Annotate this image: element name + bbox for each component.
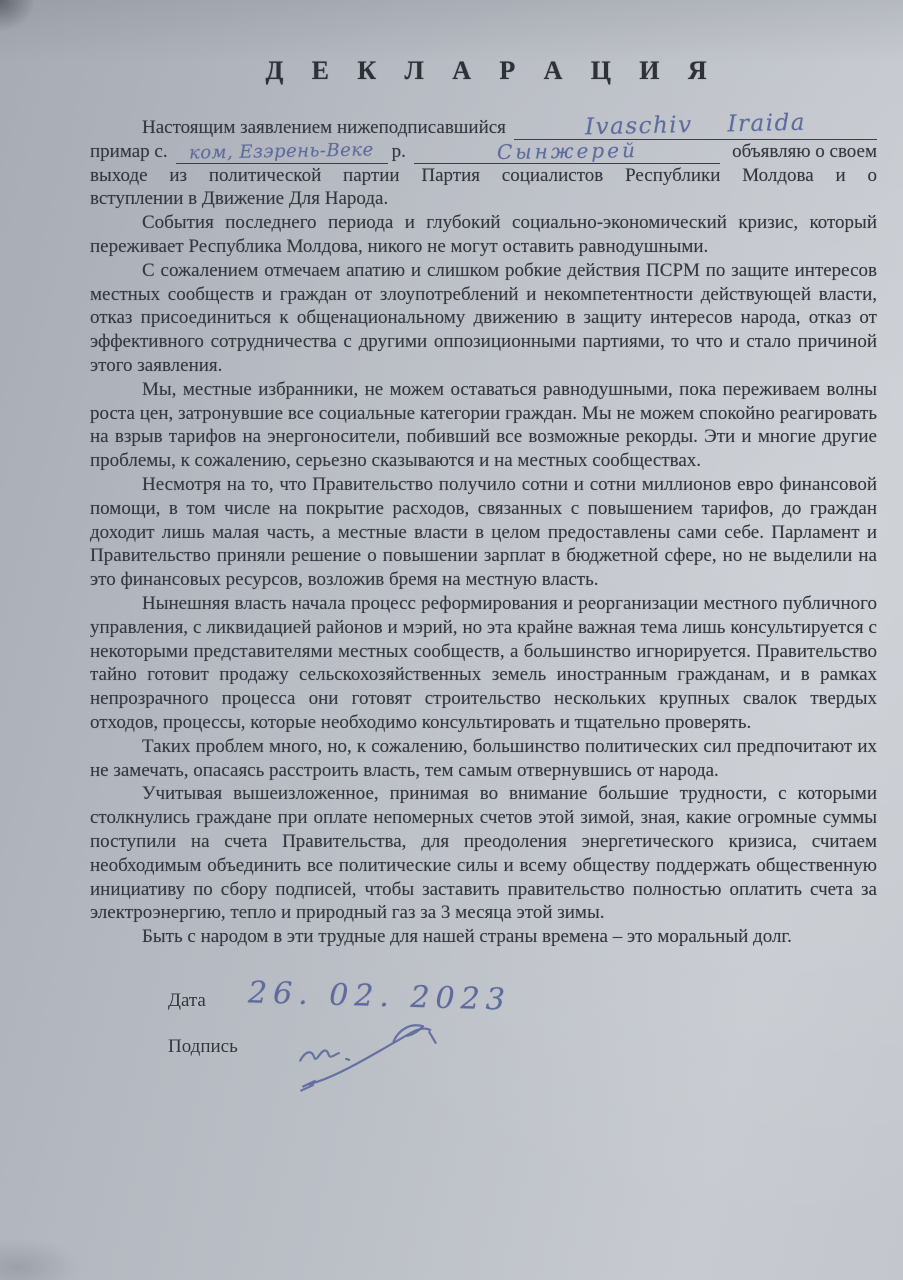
intro-line-1: Настоящим заявлением нижеподписавшийся I… (90, 116, 877, 140)
intro-line-4: вступлении в Движение Для Народа. (90, 187, 877, 211)
paragraph-events: События последнего периода и глубокий со… (90, 211, 877, 259)
district-label: р. (392, 140, 406, 164)
intro-line-3: выходе из политической партии Партия соц… (90, 164, 877, 188)
paragraph-government-aid: Несмотря на то, что Правительство получи… (90, 473, 877, 592)
signature-scribble (277, 1009, 470, 1100)
intro-lead-in: Настоящим заявлением нижеподписавшийся (142, 116, 506, 140)
date-row: Дата 26. 02. 2023 (168, 979, 877, 1014)
intro-line2-tail: объявляю о своем (732, 140, 877, 164)
paragraph-reform: Нынешняя власть начала процесс реформиро… (90, 592, 877, 735)
district-blank-field: Сынжерей (414, 139, 720, 164)
paragraph-psrm: С сожалением отмечаем апатию и слишком р… (90, 259, 877, 378)
signature-label: Подпись (168, 1036, 238, 1057)
name-blank-field: Ivaschiv Iraida (514, 115, 877, 140)
document-title: Д Е К Л А Р А Ц И Я (106, 56, 877, 86)
document-photo: Д Е К Л А Р А Ц И Я Настоящим заявлением… (0, 0, 903, 1280)
signature-row: Подпись (168, 1036, 877, 1106)
paragraph-initiative: Учитывая вышеизложенное, принимая во вни… (90, 782, 877, 925)
paragraph-problems: Таких проблем много, но, к сожалению, бо… (90, 735, 877, 783)
village-blank-field: ком, Езэрень-Веке (176, 139, 388, 164)
document-body: Настоящим заявлением нижеподписавшийся I… (90, 116, 877, 949)
handwritten-district: Сынжерей (496, 140, 637, 162)
date-label: Дата (168, 990, 206, 1012)
primar-label: примар с. (90, 140, 168, 164)
paragraph-moral-duty: Быть с народом в эти трудные для нашей с… (90, 925, 877, 949)
paragraph-local-elected: Мы, местные избранники, не можем остават… (90, 378, 877, 473)
declaration-page: Д Е К Л А Р А Ц И Я Настоящим заявлением… (0, 0, 903, 1280)
handwritten-village: ком, Езэрень-Веке (189, 141, 374, 162)
handwritten-name: Ivaschiv Iraida (585, 111, 806, 139)
intro-line-2: примар с. ком, Езэрень-Веке р. Сынжерей … (90, 140, 877, 164)
